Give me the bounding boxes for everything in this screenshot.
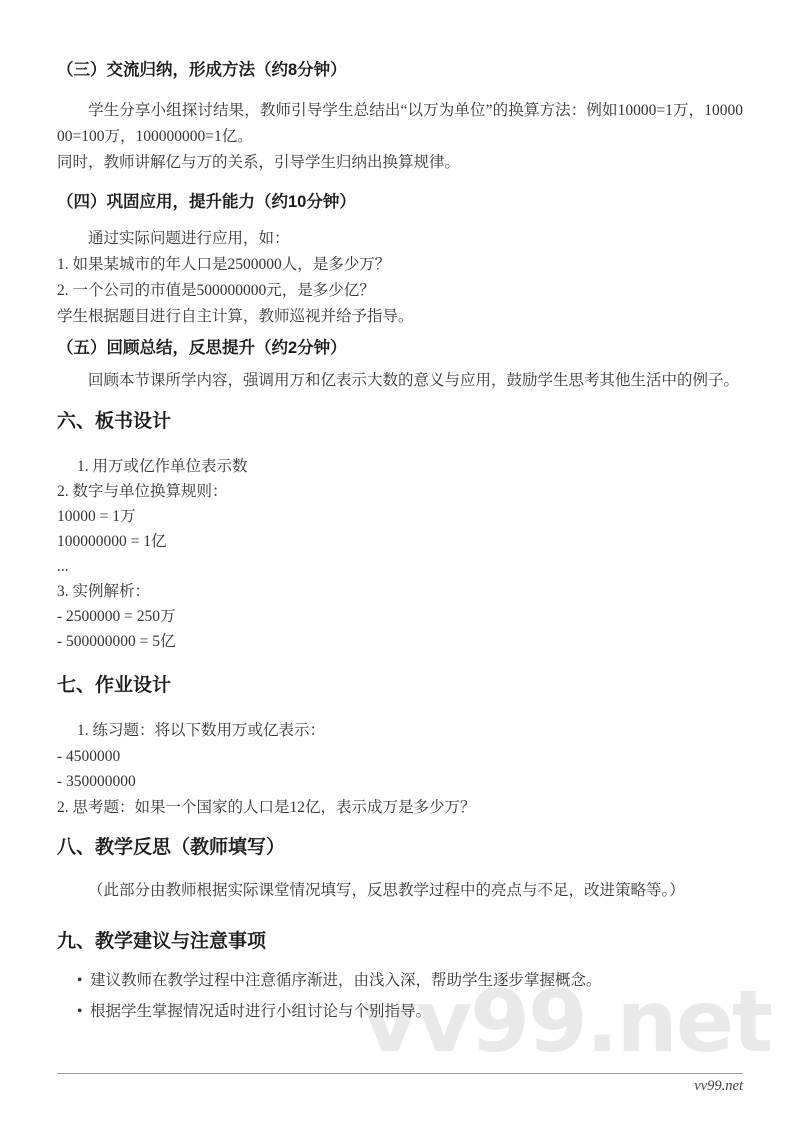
section-4-paragraph-2: 学生根据题目进行自主计算，教师巡视并给予指导。 — [57, 304, 743, 330]
section-5-paragraph-1: 回顾本节课所学内容，强调用万和亿表示大数的意义与应用，鼓励学生思考其他生活中的例… — [57, 368, 743, 394]
board-example-2: - 500000000 = 5亿 — [57, 629, 743, 654]
section-4-list-item-1: 1. 如果某城市的年人口是2500000人，是多少万？ — [57, 252, 743, 278]
homework-number-2: - 350000000 — [57, 769, 743, 795]
section-8-paragraph-1: （此部分由教师根据实际课堂情况填写，反思教学过程中的亮点与不足，改进策略等。） — [57, 878, 743, 904]
section-6-heading: 六、板书设计 — [57, 408, 743, 436]
section-3-heading: （三）交流归纳，形成方法（约8分钟） — [57, 58, 743, 82]
section-4-heading: （四）巩固应用，提升能力（约10分钟） — [57, 190, 743, 214]
homework-number-1: - 4500000 — [57, 744, 743, 770]
section-7-heading: 七、作业设计 — [57, 672, 743, 700]
section-4-paragraph-1: 通过实际问题进行应用，如： — [57, 226, 743, 252]
board-rule-1: 10000 = 1万 — [57, 504, 743, 529]
homework-item-1: 1. 练习题：将以下数用万或亿表示： — [57, 718, 743, 744]
suggestion-bullet-2: 根据学生掌握情况适时进行小组讨论与个别指导。 — [57, 999, 743, 1025]
section-3-paragraph-1: 学生分享小组探讨结果，教师引导学生总结出“以万为单位”的换算方法：例如10000… — [57, 98, 743, 150]
suggestions-list: 建议教师在教学过程中注意循序渐进，由浅入深，帮助学生逐步掌握概念。 根据学生掌握… — [57, 968, 743, 1025]
homework-block: 1. 练习题：将以下数用万或亿表示： - 4500000 - 350000000… — [57, 718, 743, 820]
document-page: vv99.net （三）交流归纳，形成方法（约8分钟） 学生分享小组探讨结果，教… — [0, 0, 800, 1130]
document-content: （三）交流归纳，形成方法（约8分钟） 学生分享小组探讨结果，教师引导学生总结出“… — [0, 0, 800, 1025]
section-5-heading: （五）回顾总结，反思提升（约2分钟） — [57, 336, 743, 360]
board-rule-2: 100000000 = 1亿 — [57, 529, 743, 554]
board-item-1: 1. 用万或亿作单位表示数 — [57, 454, 743, 479]
board-item-2: 2. 数字与单位换算规则： — [57, 479, 743, 504]
section-4-list-item-2: 2. 一个公司的市值是500000000元，是多少亿？ — [57, 278, 743, 304]
footer-site-label: vv99.net — [694, 1078, 743, 1095]
section-9-heading: 九、教学建议与注意事项 — [57, 928, 743, 956]
board-design-block: 1. 用万或亿作单位表示数 2. 数字与单位换算规则： 10000 = 1万 1… — [57, 454, 743, 654]
board-item-3: 3. 实例解析： — [57, 579, 743, 604]
section-3-paragraph-2: 同时，教师讲解亿与万的关系，引导学生归纳出换算规律。 — [57, 150, 743, 176]
homework-item-2: 2. 思考题：如果一个国家的人口是12亿，表示成万是多少万？ — [57, 795, 743, 821]
section-8-heading: 八、教学反思（教师填写） — [57, 834, 743, 862]
suggestion-bullet-1: 建议教师在教学过程中注意循序渐进，由浅入深，帮助学生逐步掌握概念。 — [57, 968, 743, 994]
board-ellipsis: ... — [57, 554, 743, 579]
board-example-1: - 2500000 = 250万 — [57, 604, 743, 629]
footer-divider — [57, 1073, 743, 1074]
